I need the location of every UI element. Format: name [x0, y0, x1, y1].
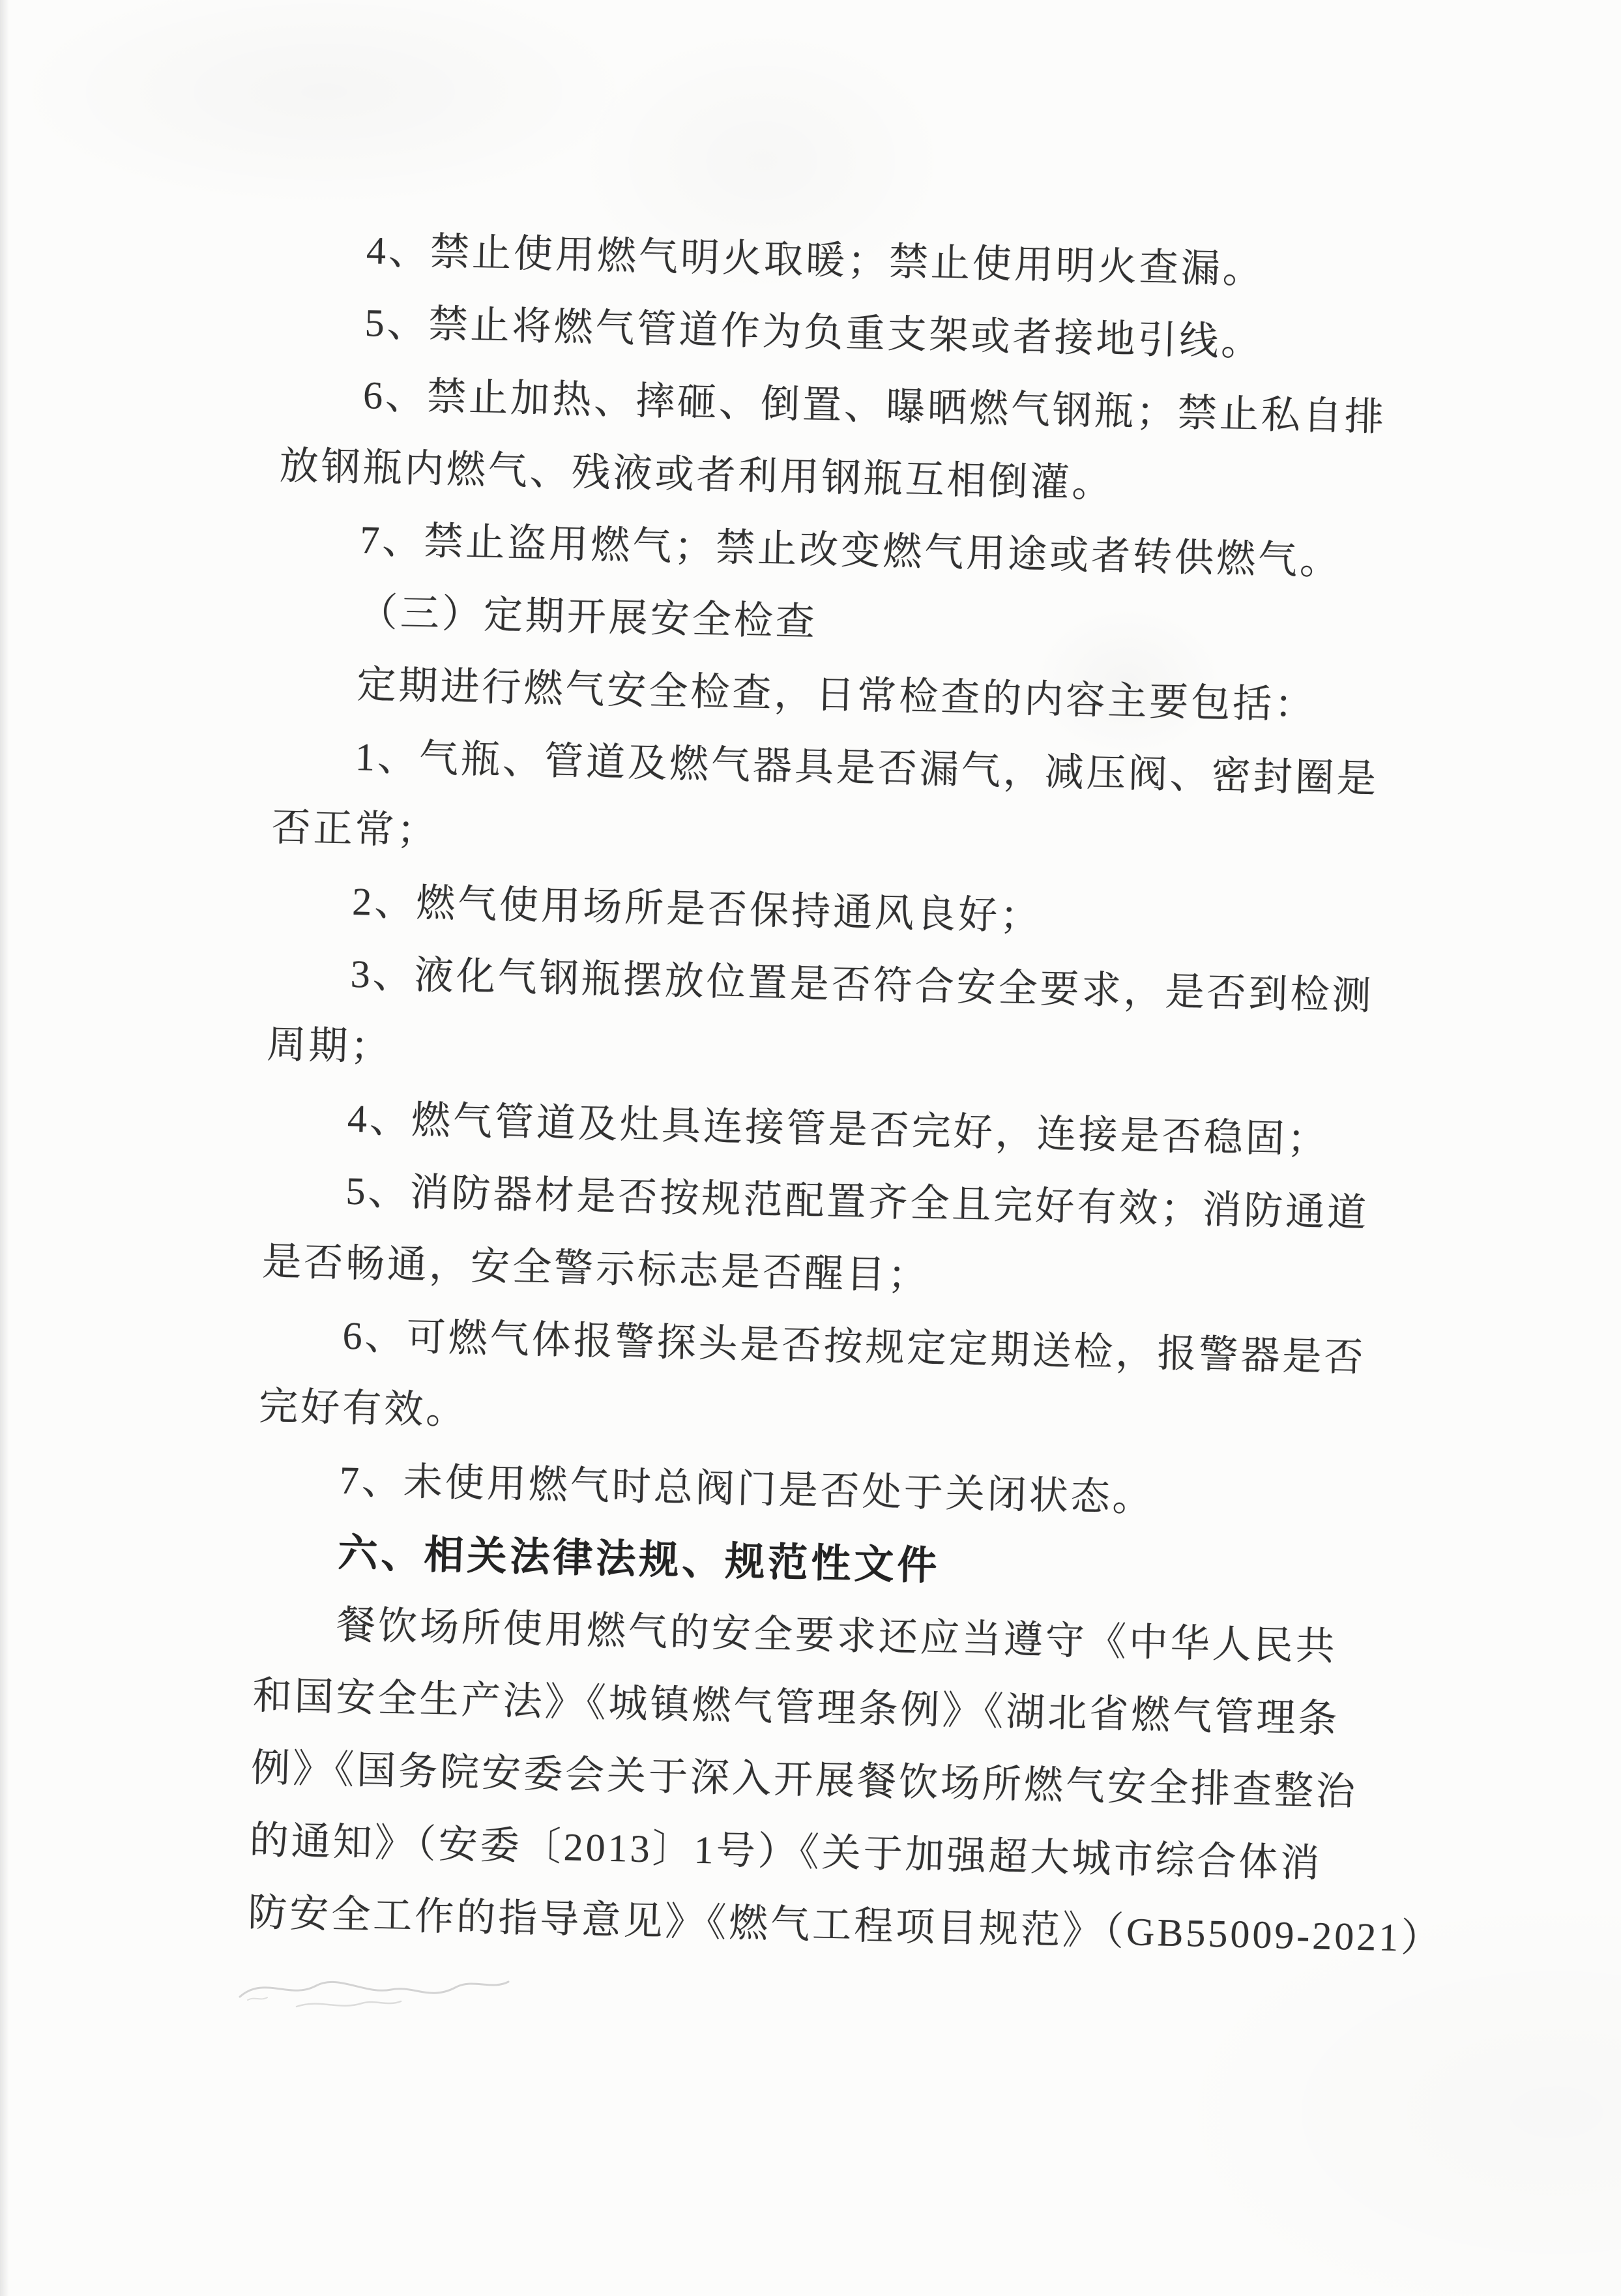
- scan-edge-shadow: [0, 0, 9, 2296]
- pencil-smudge: [235, 1967, 515, 2020]
- document-text-block: 4、禁止使用燃气明火取暖；禁止使用明火查漏。 5、禁止将燃气管道作为负重支架或者…: [247, 213, 1595, 1977]
- scanned-document-page: 4、禁止使用燃气明火取暖；禁止使用明火查漏。 5、禁止将燃气管道作为负重支架或者…: [0, 0, 1621, 2296]
